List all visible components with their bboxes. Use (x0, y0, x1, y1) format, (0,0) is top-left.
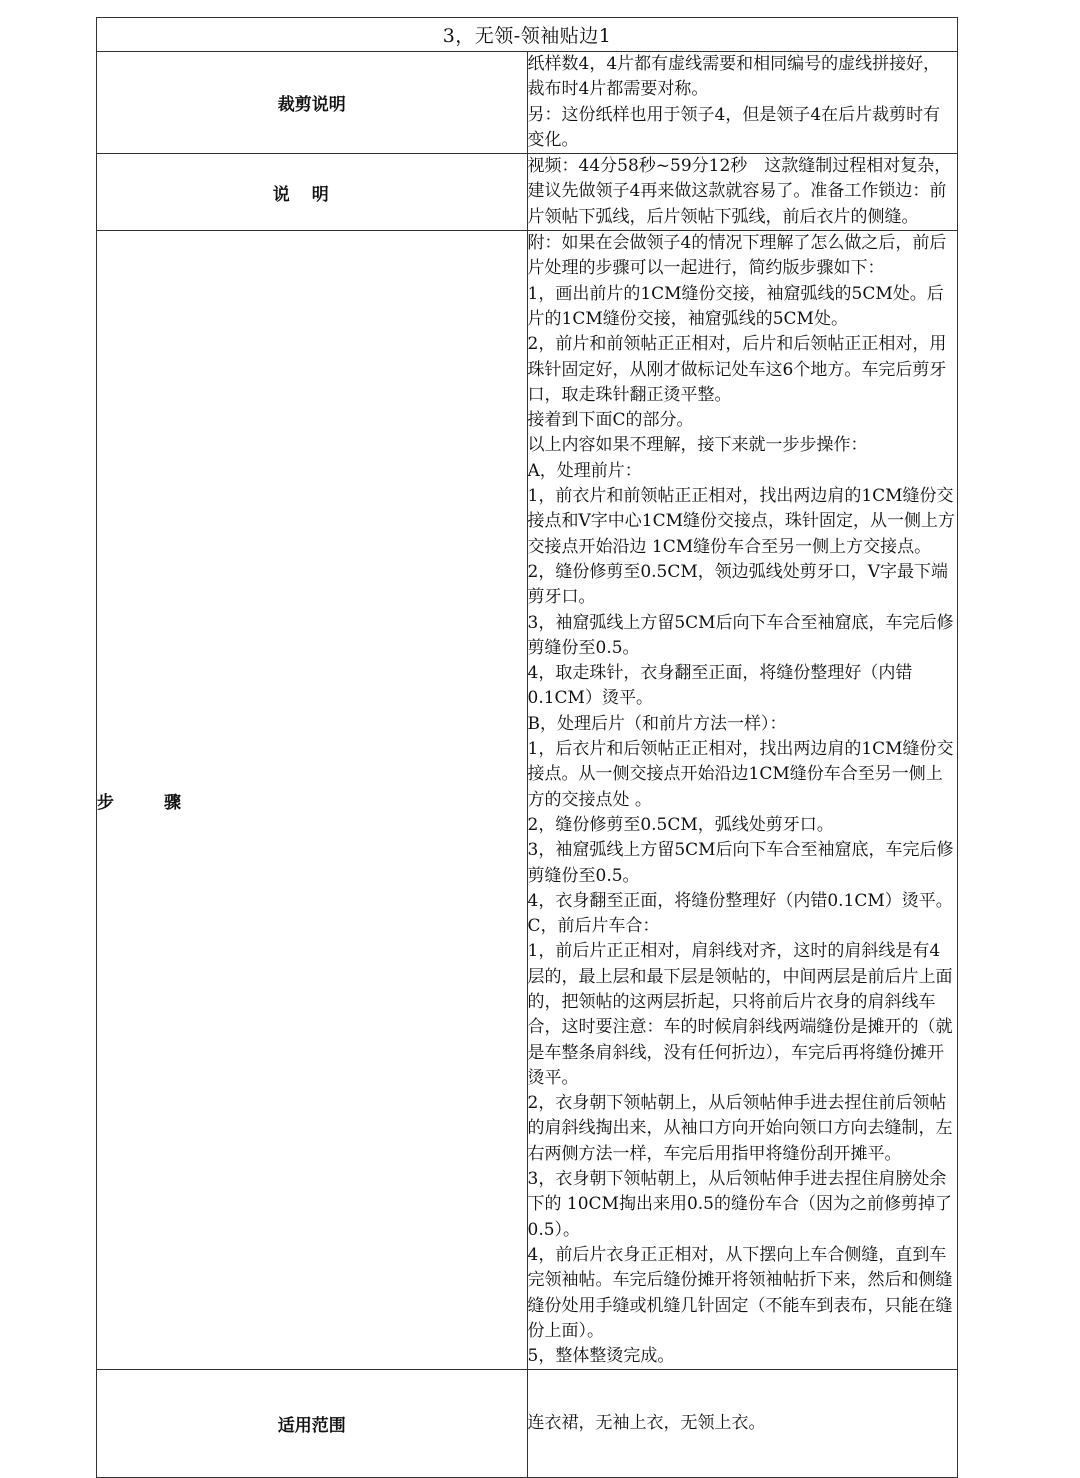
steps-label-b: 骤 (164, 793, 181, 813)
scope-label: 适用范围 (97, 1370, 528, 1478)
cutting-line: 另：这份纸样也用于领子4，但是领子4在后片裁剪时有变化。 (528, 103, 958, 154)
step-line: 以上内容如果不理解，接下来就一步步操作： (528, 433, 958, 458)
step-line: 3，袖窟弧线上方留5CM后向下车合至袖窟底，车完后修剪缝份至0.5。 (528, 838, 958, 889)
step-line: 3，衣身朝下领帖朝上，从后领帖伸手进去捏住肩膀处余下的 10CM掏出来用0.5的… (528, 1167, 958, 1243)
step-line: A，处理前片： (528, 459, 958, 484)
step-line: C，前后片车合： (528, 914, 958, 939)
document-title: 3，无领-领袖贴边1 (97, 18, 958, 52)
steps-row: 步骤 附：如果在会做领子4的情况下理解了怎么做之后，前后片处理的步骤可以一起进行… (97, 231, 958, 1370)
notes-label: 说明 (97, 154, 528, 231)
cutting-content: 纸样数4，4片都有虚线需要和相同编号的虚线拼接好，裁布时4片都需要对称。 另：这… (527, 52, 958, 154)
notes-content: 视频：44分58秒~59分12秒 这款缝制过程相对复杂，建议先做领子4再来做这款… (527, 154, 958, 231)
cutting-row: 裁剪说明 纸样数4，4片都有虚线需要和相同编号的虚线拼接好，裁布时4片都需要对称… (97, 52, 958, 154)
steps-content: 附：如果在会做领子4的情况下理解了怎么做之后，前后片处理的步骤可以一起进行，简约… (527, 231, 958, 1370)
step-line: 4，取走珠针，衣身翻至正面，将缝份整理好（内错0.1CM）烫平。 (528, 661, 958, 712)
step-line: 接着到下面C的部分。 (528, 408, 958, 433)
step-line: 附：如果在会做领子4的情况下理解了怎么做之后，前后片处理的步骤可以一起进行，简约… (528, 231, 958, 282)
scope-content: 连衣裙，无袖上衣，无领上衣。 (527, 1370, 958, 1478)
step-line: 1，画出前片的1CM缝份交接，袖窟弧线的5CM处。后片的1CM缝份交接，袖窟弧线… (528, 282, 958, 333)
cutting-label: 裁剪说明 (97, 52, 528, 154)
step-line: 2，缝份修剪至0.5CM，领边弧线处剪牙口，V字最下端剪牙口。 (528, 560, 958, 611)
step-line: 4，衣身翻至正面，将缝份整理好（内错0.1CM）烫平。 (528, 889, 958, 914)
title-row: 3，无领-领袖贴边1 (97, 18, 958, 52)
step-line: 1，前衣片和前领帖正正相对，找出两边肩的1CM缝份交接点和V字中心1CM缝份交接… (528, 484, 958, 560)
step-line: 2，前片和前领帖正正相对，后片和后领帖正正相对，用珠针固定好，从刚才做标记处车这… (528, 332, 958, 408)
notes-line: 视频：44分58秒~59分12秒 这款缝制过程相对复杂，建议先做领子4再来做这款… (528, 154, 958, 230)
step-line: 4，前后片衣身正正相对，从下摆向上车合侧缝，直到车完领袖帖。车完后缝份摊开将领袖… (528, 1243, 958, 1344)
step-line: 2，缝份修剪至0.5CM，弧线处剪牙口。 (528, 813, 958, 838)
scope-row: 适用范围 连衣裙，无袖上衣，无领上衣。 (97, 1370, 958, 1478)
steps-label-a: 步 (97, 793, 114, 813)
notes-row: 说明 视频：44分58秒~59分12秒 这款缝制过程相对复杂，建议先做领子4再来… (97, 154, 958, 231)
steps-label: 步骤 (97, 231, 528, 1370)
step-line: 5，整体整烫完成。 (528, 1344, 958, 1369)
step-line: 1，后衣片和后领帖正正相对，找出两边肩的1CM缝份交接点。从一侧交接点开始沿边1… (528, 737, 958, 813)
cutting-line: 纸样数4，4片都有虚线需要和相同编号的虚线拼接好，裁布时4片都需要对称。 (528, 52, 958, 103)
step-line: 1，前后片正正相对，肩斜线对齐，这时的肩斜线是有4层的，最上层和最下层是领帖的，… (528, 939, 958, 1091)
instruction-table: 3，无领-领袖贴边1 裁剪说明 纸样数4，4片都有虚线需要和相同编号的虚线拼接好… (96, 17, 958, 1478)
step-line: B，处理后片（和前片方法一样）： (528, 712, 958, 737)
step-line: 3，袖窟弧线上方留5CM后向下车合至袖窟底，车完后修剪缝份至0.5。 (528, 611, 958, 662)
